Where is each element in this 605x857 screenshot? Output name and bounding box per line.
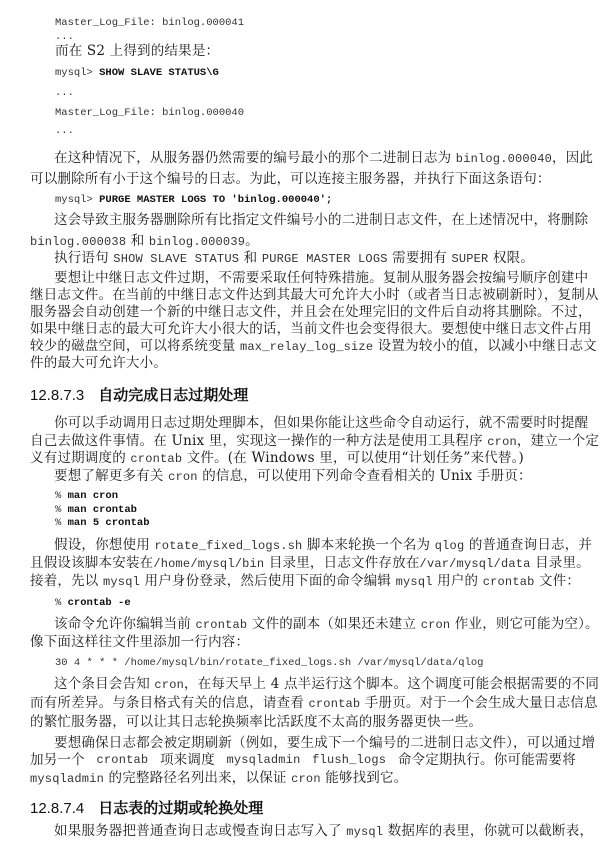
paragraph-line: 执行语句 SHOW SLAVE STATUS 和 PURGE MASTER LO… [54,249,534,268]
paragraph-line: 如果中继日志的最大可允许大小很大的话，当前文件也会变得很大。要想使中继日志文件占… [30,320,592,338]
intro-s2-result: 而在 S2 上得到的结果是： [55,42,219,60]
paragraph-line: 可以删除所有小于这个编号的日志。为此，可以连接主服务器，并执行下面这条语句： [30,170,551,188]
paragraph-line: 而有所差异。与条目格式有关的信息，请查看 crontab 手册页。对于一个会生成… [30,694,598,713]
paragraph-line: 你可以手动调用日志过期处理脚本，但如果你能让这些命令自动运行，就不需要时时提醒 [54,414,588,432]
section-heading: 12.8.7.3自动完成日志过期处理 [30,385,248,406]
inline-code: crontab [196,618,248,632]
text: 的普通查询日志，并 [464,537,592,553]
text: 如果服务器把普通查询日志或慢查询日志写入了 [54,823,346,839]
code-cron-entry: 30 4 * * * /home/mysql/bin/rotate_fixed_… [55,656,483,670]
paragraph-line: 继日志文件。在当前的中继日志文件达到其最大可允许大小时（或者当日志被刷新时），复… [30,286,599,304]
code-man-5-crontab: % man 5 crontab [55,516,150,530]
inline-code: binlog.000039 [149,235,245,249]
text: 在这种情况下，从服务器仍然需要的编号最小的那个二进制日志为 [54,150,456,166]
mysql-prompt: mysql> [55,194,99,206]
code-purge-master-logs: mysql> PURGE MASTER LOGS TO 'binlog.0000… [55,193,332,207]
shell-command: man 5 crontab [68,517,150,529]
text: 的完整路径名列出来，以保证 [104,770,291,786]
inline-code: cron [487,435,517,449]
text: 命令定期执行。你可能需要将 [398,751,576,769]
text: 目录里，日志文件存放在 [264,555,419,571]
inline-code: crontab [130,452,182,466]
text: 手册页。对于一个会生成大量日志信息 [360,695,597,711]
inline-code: cron [291,772,321,786]
inline-code: mysql [396,575,433,589]
text: 和 [126,233,149,249]
paragraph-line: 要想确保日志都会被定期刷新（例如，要生成下一个编号的二进制日志文件），可以通过增 [54,734,595,752]
inline-code: qlog [435,539,465,553]
inline-code: binlog.000038 [30,235,126,249]
text: 的信息，可以使用下列命令查看相关的 Unix 手册页： [198,468,532,484]
paragraph-line: 且假设该脚本安装在/home/mysql/bin 目录里，日志文件存放在/var… [30,554,590,573]
inline-code: crontab [309,697,361,711]
text: ，在每天早上 4 点半运行这个脚本。这个调度可能会根据需要的不同 [184,676,599,692]
text: 设置为较小的值，以减小中继日志文 [373,338,597,354]
shell-command: man crontab [68,504,137,516]
paragraph-line: 像下面这样往文件里添加一行内容： [30,633,249,651]
text: 项来调度 [160,751,215,769]
code-ellipsis: ... [55,124,74,138]
text: 用户的 [433,573,483,589]
paragraph-line: 义有过期调度的 crontab 文件。(在 Windows 里，可以使用“计划任… [30,449,524,468]
text: 义有过期调度的 [30,450,130,466]
inline-code: mysqladmin [30,772,104,786]
paragraph-line: 服务器会自动创建一个新的中继日志文件，并且会在处理完旧的文件后自动将其删除。不过… [30,303,592,321]
text: 而有所差异。与条目格式有关的信息，请查看 [30,695,309,711]
shell-prompt: % [55,504,68,516]
text: 自己去做这件事情。在 Unix 里，实现这一操作的一种方法是使用工具程序 [30,433,487,449]
code-show-slave-status: mysql> SHOW SLAVE STATUS\G [55,66,219,80]
inline-code: crontab [96,751,148,769]
inline-code: flush_logs [312,751,386,769]
code-ellipsis: ... [55,86,74,100]
paragraph-line: 该命令允许你编辑当前 crontab 文件的副本（如果还未建立 cron 作业，… [54,615,599,634]
inline-code: cron [168,470,198,484]
inline-code: /var/mysql/data [420,557,531,571]
text: 和 [239,250,262,266]
text: 。 [245,233,259,249]
text: 该命令允许你编辑当前 [54,616,196,632]
mysql-prompt: mysql> [55,67,99,79]
shell-prompt: % [55,517,68,529]
paragraph-line: 的繁忙服务器，可以让其日志轮换频率比活跃度不太高的服务器更快一些。 [30,713,482,731]
text: ，建立一个定 [517,433,599,449]
text: 用户身份登录，然后使用下面的命令编辑 [140,573,396,589]
inline-code: mysqladmin [226,751,300,769]
inline-code: /home/mysql/bin [153,557,264,571]
paragraph-line: 在这种情况下，从服务器仍然需要的编号最小的那个二进制日志为 binlog.000… [54,149,593,168]
inline-code: rotate_fixed_logs.sh [154,539,302,553]
text: 需要拥有 [388,250,452,266]
text: 数据库的表里，你就可以截断表， [383,823,593,839]
shell-prompt: % [55,597,68,609]
inline-code: mysql [346,825,383,839]
paragraph-line: 接着，先以 mysql 用户身份登录，然后使用下面的命令编辑 mysql 用户的… [30,572,580,591]
text: 作业，则它可能为空）。 [450,616,598,632]
text: 能够找到它。 [321,770,408,786]
paragraph-line: 要想了解更多有关 cron 的信息，可以使用下列命令查看相关的 Unix 手册页… [54,467,532,486]
shell-command: crontab -e [68,597,131,609]
text: 加另一个 [30,751,85,769]
inline-code: binlog.000040 [456,152,552,166]
shell-prompt: % [55,490,68,502]
paragraph-line: 要想让中继日志文件过期，不需要采取任何特殊措施。复制从服务器会按编号顺序创建中 [54,269,588,287]
text: 接着，先以 [30,573,103,589]
paragraph-line: 这个条目会告知 cron，在每天早上 4 点半运行这个脚本。这个调度可能会根据需… [54,675,599,694]
inline-code: mysql [103,575,140,589]
text: 假设，你想使用 [54,537,154,553]
text: 较少的磁盘空间，可以将系统变量 [30,338,240,354]
inline-code: cron [154,678,184,692]
section-number: 12.8.7.4 [30,800,84,817]
paragraph-line: 件的最大可允许大小。 [30,354,167,372]
code-line-master-log-file-41: Master_Log_File: binlog.000041 [55,16,244,30]
shell-command: man cron [68,490,118,502]
text: 目录里。 [531,555,590,571]
code-man-cron: % man cron [55,489,118,503]
text: 文件。(在 Windows 里，可以使用“计划任务”来代替。) [182,450,524,466]
section-title: 日志表的过期或轮换处理 [98,799,263,817]
section-title: 自动完成日志过期处理 [98,386,248,404]
paragraph-line: 如果服务器把普通查询日志或慢查询日志写入了 mysql 数据库的表里，你就可以截… [54,822,593,841]
code-crontab-edit: % crontab -e [55,596,131,610]
paragraph-line: 这会导致主服务器删除所有比指定文件编号小的二进制日志文件，在上述情况中，将删除 [54,211,588,229]
text: 权限。 [488,250,534,266]
paragraph-line-justified: 加另一个 crontab 项来调度 mysqladmin flush_logs … [30,751,576,769]
inline-code: crontab [483,575,535,589]
code-line-master-log-file-40: Master_Log_File: binlog.000040 [55,106,244,120]
text: 文件： [535,573,581,589]
inline-code: SHOW SLAVE STATUS [113,252,239,266]
text: 执行语句 [54,250,113,266]
inline-code: SUPER [451,252,488,266]
text: 这个条目会告知 [54,676,154,692]
text: 文件的副本（如果还未建立 [247,616,420,632]
sql-command: SHOW SLAVE STATUS\G [99,67,219,79]
paragraph-line: mysqladmin 的完整路径名列出来，以保证 cron 能够找到它。 [30,769,407,788]
section-number: 12.8.7.3 [30,387,84,404]
text: 且假设该脚本安装在 [30,555,153,571]
section-heading: 12.8.7.4日志表的过期或轮换处理 [30,798,263,819]
paragraph-line: 假设，你想使用 rotate_fixed_logs.sh 脚本来轮换一个名为 q… [54,536,592,555]
inline-code: PURGE MASTER LOGS [262,252,388,266]
text: 脚本来轮换一个名为 [302,537,434,553]
code-man-crontab: % man crontab [55,503,137,517]
inline-code: max_relay_log_size [240,340,373,354]
text: ，因此 [552,150,593,166]
text: 要想了解更多有关 [54,468,168,484]
inline-code: cron [421,618,451,632]
sql-command: PURGE MASTER LOGS TO 'binlog.000040'; [99,194,332,206]
